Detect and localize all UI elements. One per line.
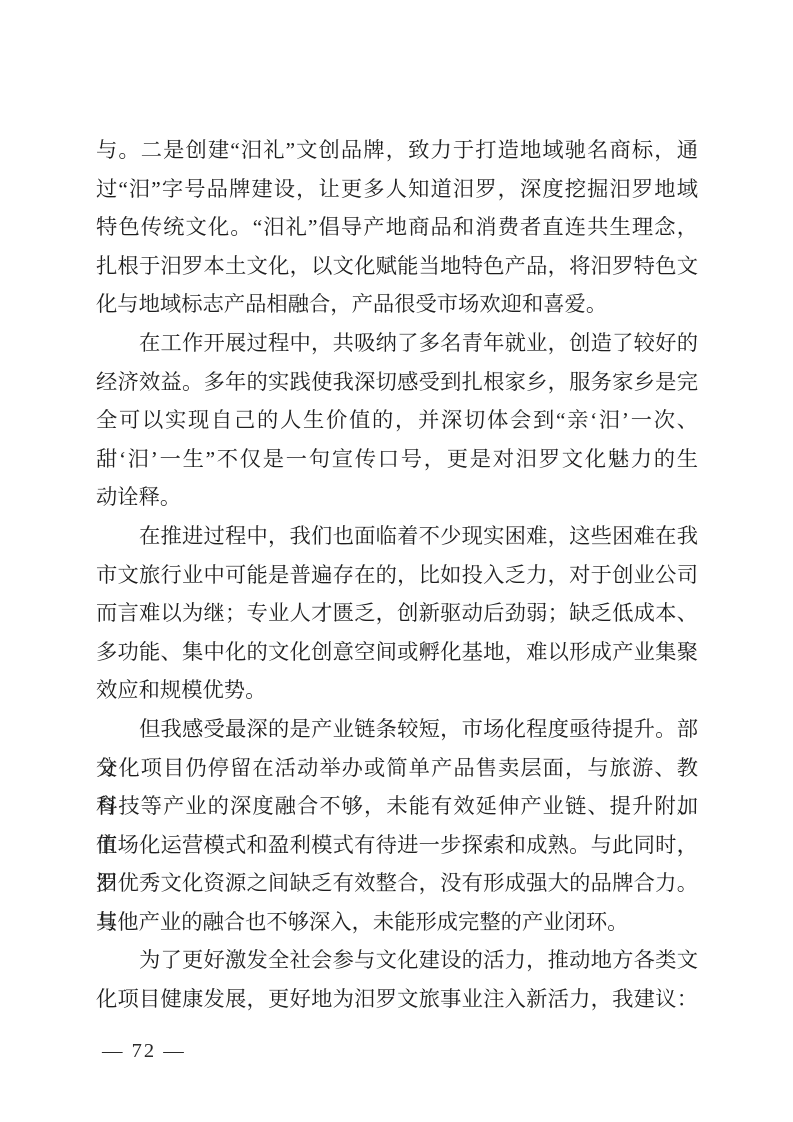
text-line: 在工作开展过程中，共吸纳了多名青年就业，创造了较好的 bbox=[96, 324, 698, 363]
text-line: 与。二是创建“汨礼”文创品牌，致力于打造地域驰名商标，通 bbox=[96, 131, 698, 170]
text-line: 效应和规模优势。 bbox=[96, 671, 698, 710]
text-line: 市场化运营模式和盈利模式有待进一步探索和成熟。与此同时，汨 bbox=[96, 826, 698, 865]
text-line: 化与地域标志产品相融合，产品很受市场欢迎和喜爱。 bbox=[96, 285, 698, 324]
text-line: 在推进过程中，我们也面临着不少现实困难，这些困难在我 bbox=[96, 517, 698, 556]
text-line: 甜‘汨’一生”不仅是一句宣传口号，更是对汨罗文化魅力的生 bbox=[96, 440, 698, 479]
text-line: 而言难以为继；专业人才匮乏，创新驱动后劲弱；缺乏低成本、 bbox=[96, 594, 698, 633]
text-line: 经济效益。多年的实践使我深切感受到扎根家乡，服务家乡是完 bbox=[96, 363, 698, 402]
paragraph: 在推进过程中，我们也面临着不少现实困难，这些困难在我市文旅行业中可能是普遍存在的… bbox=[96, 517, 698, 710]
text-line: 特色传统文化。“汨礼”倡导产地商品和消费者直连共生理念， bbox=[96, 208, 698, 247]
text-line: 为了更好激发全社会参与文化建设的活力，推动地方各类文 bbox=[96, 941, 698, 980]
text-line: 全可以实现自己的人生价值的，并深切体会到“亲‘汨’一次、 bbox=[96, 401, 698, 440]
page-number: — 72 — bbox=[102, 1038, 186, 1064]
paragraph: 为了更好激发全社会参与文化建设的活力，推动地方各类文化项目健康发展，更好地为汨罗… bbox=[96, 941, 698, 1018]
paragraph: 与。二是创建“汨礼”文创品牌，致力于打造地域驰名商标，通过“汨”字号品牌建设，让… bbox=[96, 131, 698, 324]
text-line: 但我感受最深的是产业链条较短，市场化程度亟待提升。部分 bbox=[96, 710, 698, 749]
text-line: 过“汨”字号品牌建设，让更多人知道汨罗，深度挖掘汨罗地域 bbox=[96, 170, 698, 209]
text-line: 其他产业的融合也不够深入，未能形成完整的产业闭环。 bbox=[96, 903, 698, 942]
text-line: 罗优秀文化资源之间缺乏有效整合，没有形成强大的品牌合力。与 bbox=[96, 864, 698, 903]
paragraph: 在工作开展过程中，共吸纳了多名青年就业，创造了较好的经济效益。多年的实践使我深切… bbox=[96, 324, 698, 517]
text-line: 文化项目仍停留在活动举办或简单产品售卖层面，与旅游、教育、 bbox=[96, 749, 698, 788]
text-line: 化项目健康发展，更好地为汨罗文旅事业注入新活力，我建议： bbox=[96, 980, 698, 1019]
text-line: 动诠释。 bbox=[96, 478, 698, 517]
document-page: 与。二是创建“汨礼”文创品牌，致力于打造地域驰名商标，通过“汨”字号品牌建设，让… bbox=[0, 0, 793, 1122]
document-body: 与。二是创建“汨礼”文创品牌，致力于打造地域驰名商标，通过“汨”字号品牌建设，让… bbox=[96, 131, 698, 1019]
text-line: 科技等产业的深度融合不够，未能有效延伸产业链、提升附加值， bbox=[96, 787, 698, 826]
text-line: 多功能、集中化的文化创意空间或孵化基地，难以形成产业集聚 bbox=[96, 633, 698, 672]
paragraph: 但我感受最深的是产业链条较短，市场化程度亟待提升。部分文化项目仍停留在活动举办或… bbox=[96, 710, 698, 942]
text-line: 扎根于汨罗本土文化，以文化赋能当地特色产品，将汨罗特色文 bbox=[96, 247, 698, 286]
text-line: 市文旅行业中可能是普遍存在的，比如投入乏力，对于创业公司 bbox=[96, 556, 698, 595]
